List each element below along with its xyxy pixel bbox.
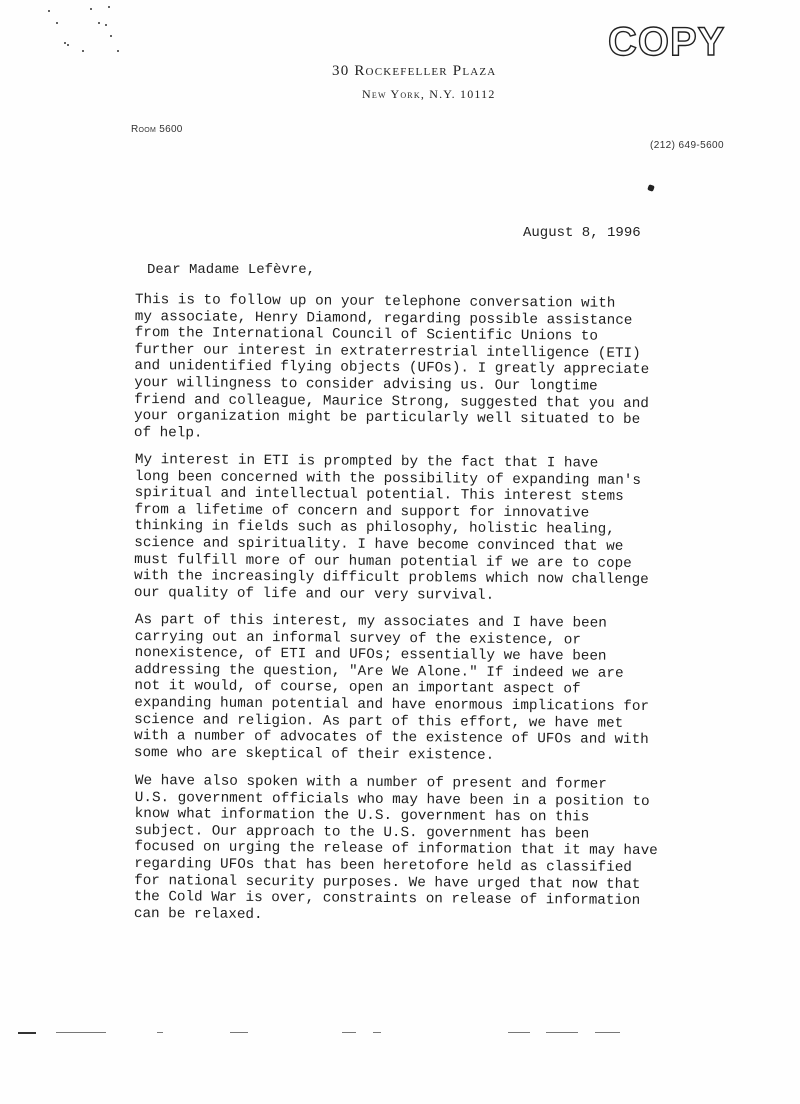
- letterhead-phone: (212) 649-5600: [650, 140, 724, 151]
- paragraph-2: My interest in ETI is prompted by the fa…: [134, 452, 715, 606]
- letterhead-address-line2: New York, N.Y. 10112: [362, 87, 496, 102]
- salutation: Dear Madame Lefèvre,: [147, 262, 315, 278]
- paragraph-4: We have also spoken with a number of pre…: [134, 773, 715, 927]
- paragraph-3: As part of this interest, my associates …: [134, 612, 715, 766]
- letterhead-address-line1: 30 Rockefeller Plaza: [332, 63, 496, 80]
- paragraph-1: This is to follow up on your telephone c…: [134, 292, 715, 446]
- letterhead-room: Room 5600: [131, 124, 183, 135]
- ink-mark: [647, 184, 655, 192]
- copy-stamp: COPY: [608, 22, 725, 62]
- letter-date: August 8, 1996: [523, 225, 641, 241]
- scan-specks: [40, 4, 130, 54]
- letter-page: COPY 30 Rockefeller Plaza New York, N.Y.…: [0, 0, 800, 1104]
